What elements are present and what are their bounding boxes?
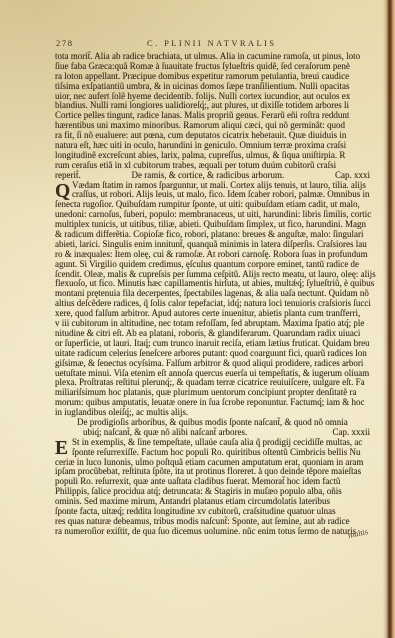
- book-page-scan: 278 C. PLINII NATVRALIS tota morit̃. Ali…: [0, 0, 395, 638]
- body-text-block: tota morit̃. Alia ab radice brachiata, u…: [55, 52, 395, 537]
- paragraph-1: tota morit̃. Alia ab radice brachiata, u…: [55, 52, 395, 171]
- drop-cap-q: Q: [55, 182, 70, 201]
- page-number: 278: [56, 38, 74, 48]
- chapter-32-body: E St in exemplis, & ſine tempeſtate, ull…: [55, 438, 395, 537]
- chapter-31-body: Q Vædam ſtatim in ramos ſparguntur, ut m…: [55, 181, 395, 418]
- running-title: C. PLINII NATVRALIS: [147, 38, 276, 48]
- drop-cap-e: E: [55, 439, 68, 458]
- text-line: in iuglandibus oleiſq́;, ac multis alijs…: [55, 408, 395, 418]
- text-line: ra numeroſior exiſtit, de qua ſuo dicemu…: [55, 527, 395, 537]
